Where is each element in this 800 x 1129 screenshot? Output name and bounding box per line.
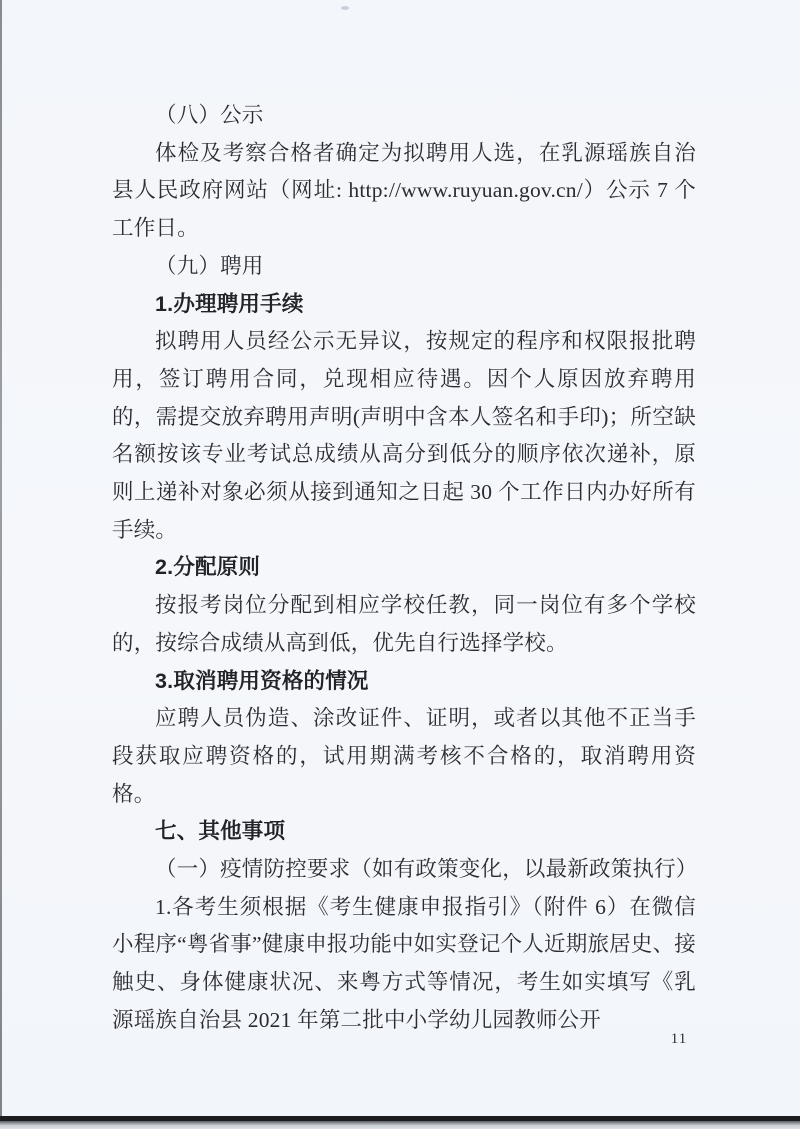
paragraph: 1.各考生须根据《考生健康申报指引》（附件 6）在微信小程序“粤省事”健康申报功…	[112, 889, 696, 1040]
heading-bold-heading: 3.取消聘用资格的情况	[112, 663, 696, 701]
paragraph: 按报考岗位分配到相应学校任教，同一岗位有多个学校的，按综合成绩从高到低，优先自行…	[112, 587, 696, 662]
page-number: 11	[664, 1031, 694, 1048]
scan-bottom-strip-artifact	[0, 1121, 800, 1129]
heading-section-heading: 七、其他事项	[112, 813, 696, 851]
heading-subheading: （九）聘用	[112, 248, 696, 286]
document-content: （八）公示体检及考察合格者确定为拟聘用人选，在乳源瑶族自治县人民政府网站（网址:…	[112, 97, 696, 1040]
heading-bold-heading: 2.分配原则	[112, 549, 696, 587]
paragraph: （一）疫情防控要求（如有政策变化，以最新政策执行）	[112, 851, 696, 889]
scan-left-edge-artifact	[0, 0, 2, 1129]
heading-subheading: （八）公示	[112, 97, 696, 135]
paragraph: 体检及考察合格者确定为拟聘用人选，在乳源瑶族自治县人民政府网站（网址: http…	[112, 135, 696, 248]
scan-speck-artifact	[341, 6, 349, 10]
paragraph: 应聘人员伪造、涂改证件、证明，或者以其他不正当手段获取应聘资格的，试用期满考核不…	[112, 700, 696, 813]
paragraph: 拟聘用人员经公示无异议，按规定的程序和权限报批聘用，签订聘用合同，兑现相应待遇。…	[112, 323, 696, 549]
scanned-document-page: （八）公示体检及考察合格者确定为拟聘用人选，在乳源瑶族自治县人民政府网站（网址:…	[0, 0, 800, 1129]
heading-bold-heading: 1.办理聘用手续	[112, 286, 696, 324]
